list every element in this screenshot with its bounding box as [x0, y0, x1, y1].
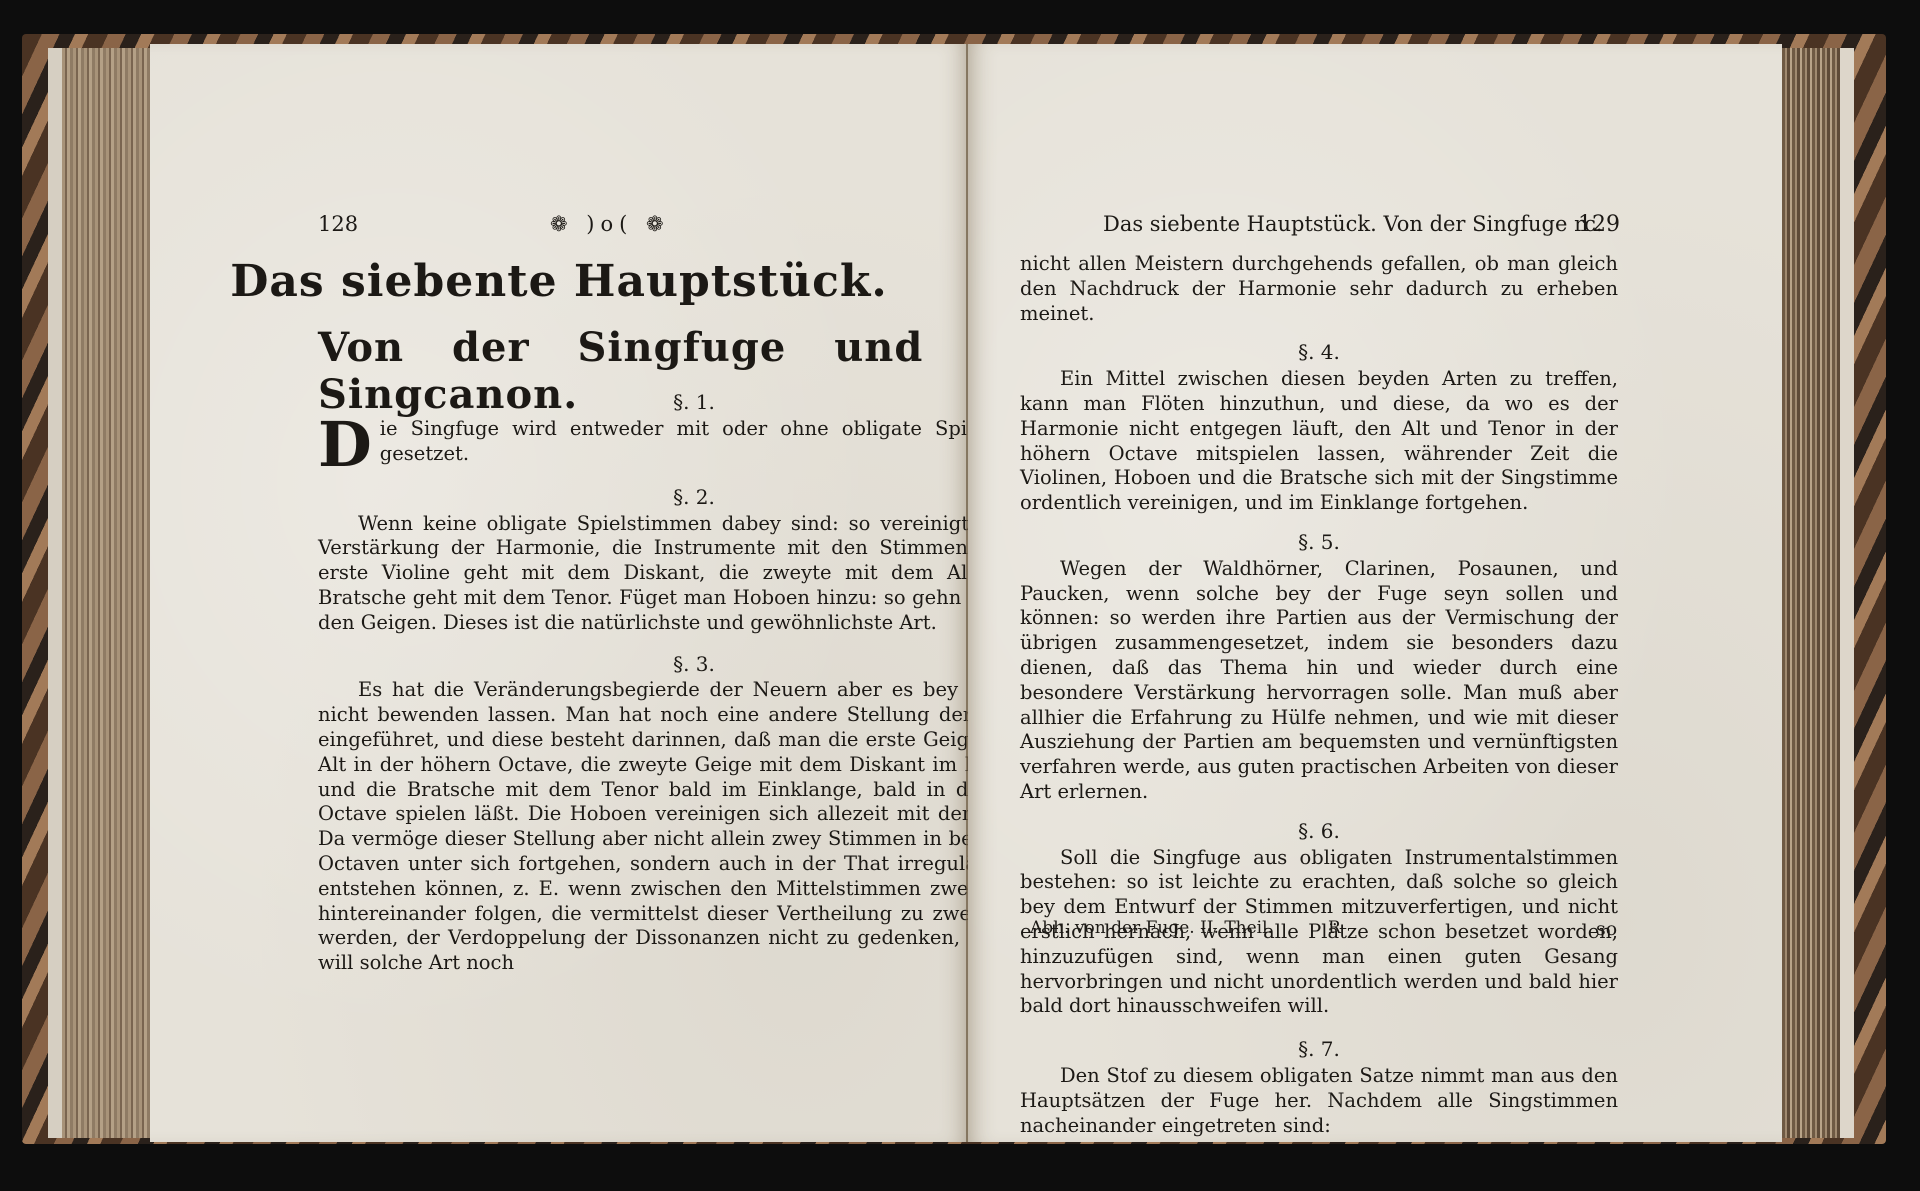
- section-4-text: Ein Mittel zwischen diesen beyden Arten …: [1020, 367, 1618, 516]
- section-label: §. 4.: [1020, 340, 1618, 365]
- left-page-body: §. 1. Die Singfuge wird entweder mit ode…: [318, 382, 1070, 1001]
- signature-line: Abh. von der Fuge. II. Theil.: [1030, 918, 1273, 938]
- section-label: §. 5.: [1020, 530, 1618, 555]
- running-head: Das siebente Hauptstück. Von der Singfug…: [1103, 212, 1603, 236]
- chapter-title: Das siebente Hauptstück.: [150, 256, 968, 307]
- continuation-text: nicht allen Meistern durchgehends gefall…: [1020, 252, 1618, 326]
- section-label: §. 1.: [318, 390, 1070, 415]
- left-page-number: 128: [318, 212, 358, 236]
- section-7-text: Den Stof zu diesem obligaten Satze nimmt…: [1020, 1064, 1618, 1138]
- section-3-text: Es hat die Veränderungsbegierde der Neue…: [318, 678, 1070, 976]
- section-2-text: Wenn keine obligate Spielstimmen dabey s…: [318, 512, 1070, 636]
- header-ornament: ❁ )o( ❁: [550, 212, 670, 236]
- section-label: §. 2.: [318, 485, 1070, 510]
- section-label: §. 6.: [1020, 819, 1618, 844]
- right-page-body: nicht allen Meistern durchgehends gefall…: [1020, 252, 1618, 1138]
- section-5-text: Wegen der Waldhörner, Clarinen, Posaunen…: [1020, 557, 1618, 805]
- dropcap-initial: D: [318, 419, 372, 471]
- left-page: 128 ❁ )o( ❁ Das siebente Hauptstück. Von…: [150, 44, 968, 1142]
- section-label: §. 7.: [1020, 1037, 1618, 1062]
- right-page-number: 129: [1578, 212, 1620, 237]
- signature-mark: R: [1328, 918, 1341, 938]
- catchword: so: [1596, 918, 1617, 940]
- section-label: §. 3.: [318, 652, 1070, 677]
- right-page-stack: [1782, 48, 1854, 1138]
- section-1-text: Die Singfuge wird entweder mit oder ohne…: [318, 417, 1070, 467]
- right-page: Das siebente Hauptstück. Von der Singfug…: [968, 44, 1782, 1142]
- catchword: nicht: [318, 976, 1070, 1001]
- left-page-stack: [48, 48, 152, 1138]
